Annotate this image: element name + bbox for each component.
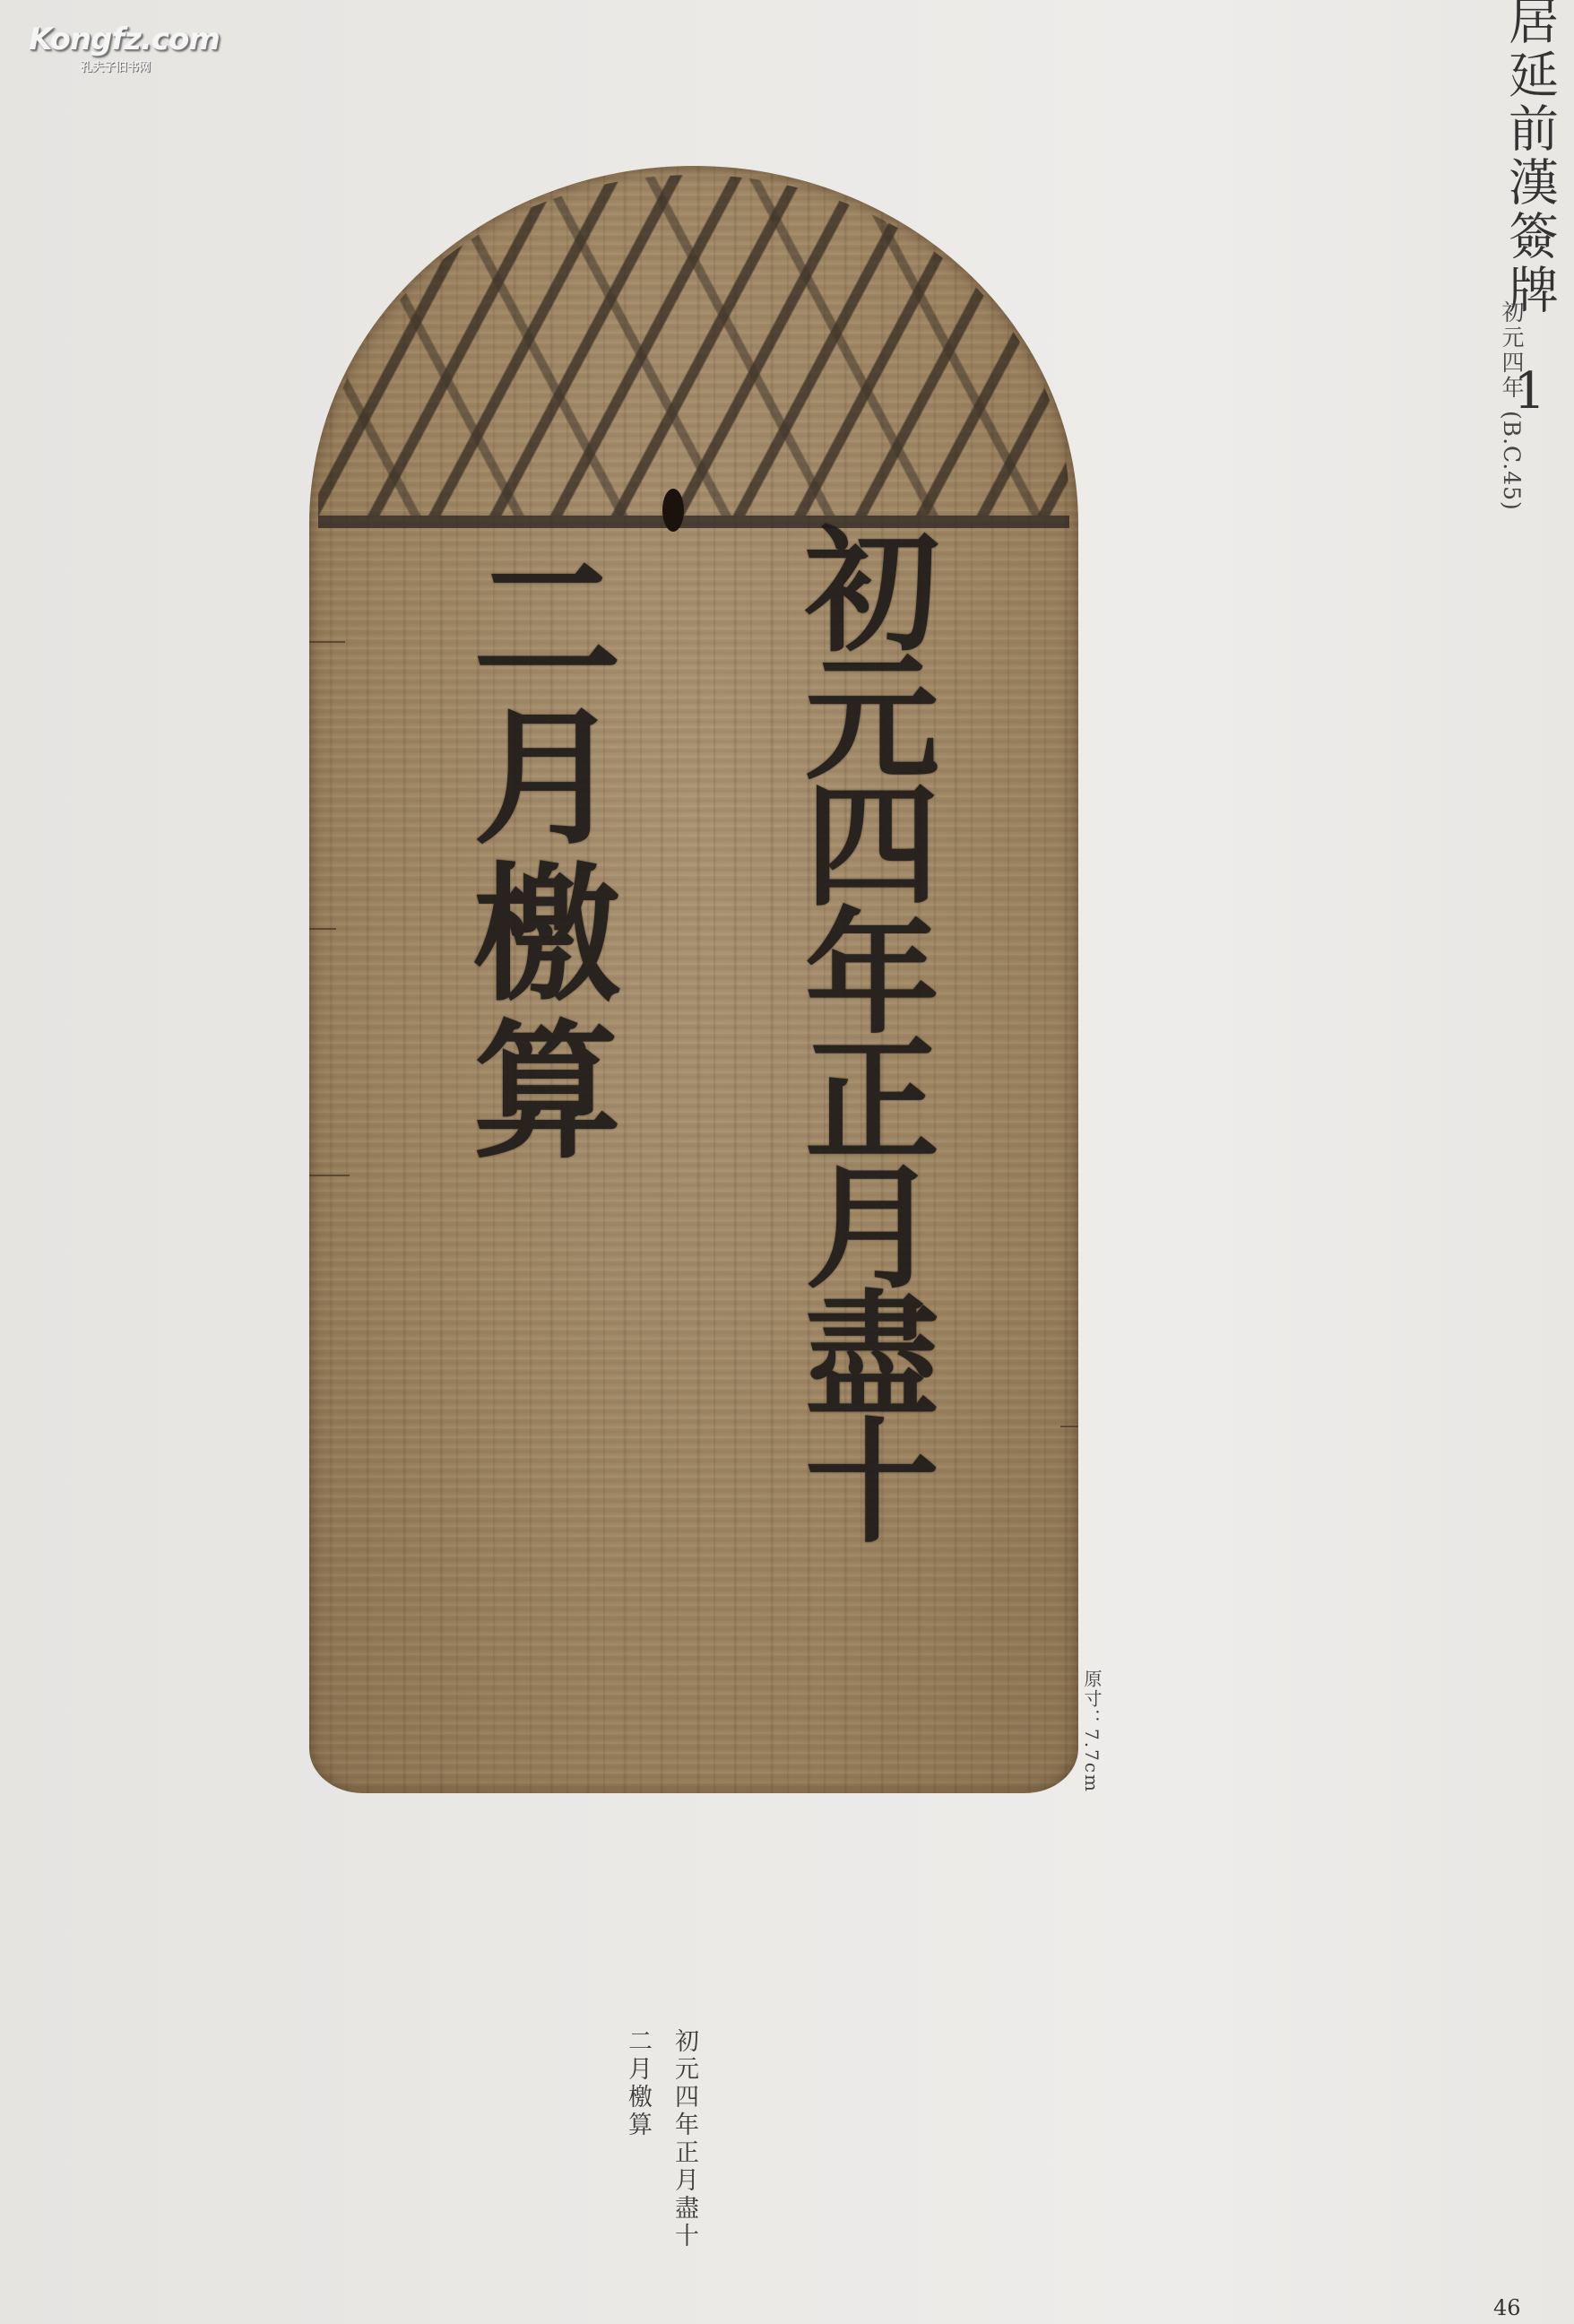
caption-line-1: 初元四年正月盡十 <box>667 2028 702 2250</box>
size-note: 原寸：7.7cm <box>1079 1669 1105 1793</box>
title-text: 居延前漢簽牌 <box>1500 0 1559 317</box>
tablet-crack <box>309 641 345 643</box>
tablet-hatched-top <box>318 175 1069 528</box>
tablet-inscription-left: 二月檄算 <box>462 542 610 1170</box>
watermark-brand: Kongfz.com <box>29 22 220 57</box>
tablet-inscription-right: 初元四年正月盡十 <box>793 520 928 1539</box>
tablet-crack <box>309 1175 350 1176</box>
tablet-crack <box>1060 1426 1078 1427</box>
caption-line-2: 二月檄算 <box>620 2028 655 2139</box>
date-label: 初元四年 <box>1499 300 1525 401</box>
wooden-tablet-image: 初元四年正月盡十 二月檄算 <box>309 166 1078 1793</box>
tablet-crack <box>309 928 336 930</box>
tablet-hole <box>662 489 684 532</box>
watermark-subtitle: 孔夫子旧书网 <box>81 57 151 74</box>
page-number: 46 <box>1493 2295 1521 2320</box>
date-western: (B.C.45) <box>1499 411 1525 511</box>
date-subtitle: 初元四年 (B.C.45) <box>1495 300 1527 511</box>
watermark-logo: Kongfz.com 孔夫子旧书网 <box>13 16 174 70</box>
